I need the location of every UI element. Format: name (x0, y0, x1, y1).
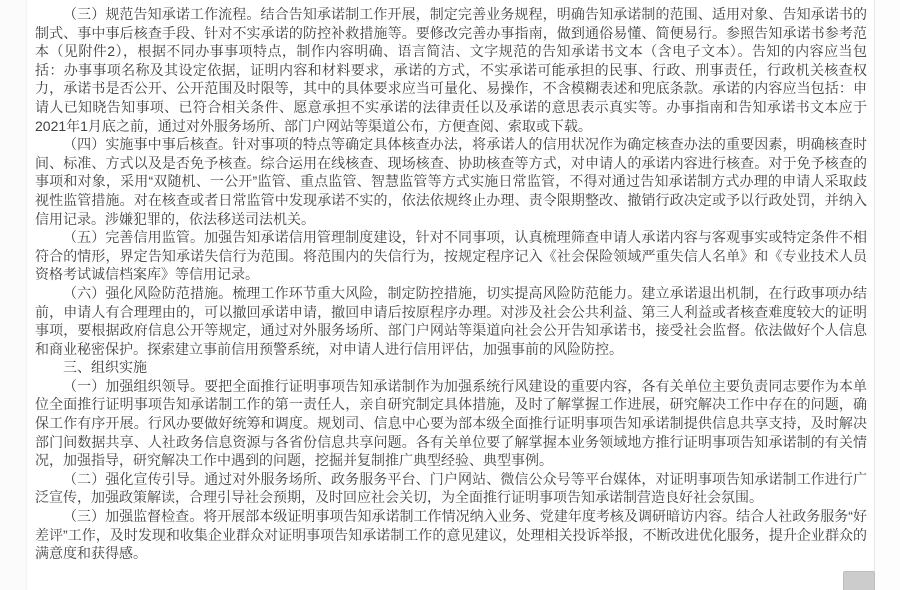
document-content: （三）规范告知承诺工作流程。结合告知承诺制工作开展，制定完善业务规程，明确告知承… (35, 5, 867, 563)
paragraph-publicity-guidance: （二）强化宣传引导。通过对外服务场所、政务服务平台、门户网站、微信公众号等平台媒… (35, 470, 867, 507)
heading-organization-implementation: 三、组织实施 (35, 358, 867, 377)
paragraph-standardize-workflow: （三）规范告知承诺工作流程。结合告知承诺制工作开展，制定完善业务规程，明确告知承… (35, 5, 867, 135)
paragraph-supervision-inspection: （三）加强监督检查。将开展部本级证明事项告知承诺制工作情况纳入业务、党建年度考核… (35, 507, 867, 563)
scroll-widget[interactable] (843, 571, 875, 590)
paragraph-risk-prevention: （六）强化风险防范措施。梳理工作环节重大风险，制定防控措施，切实提高风险防范能力… (35, 284, 867, 358)
page-left-margin (0, 0, 27, 590)
paragraph-in-process-verification: （四）实施事中事后核查。针对事项的特点等确定具体核查办法，将承诺人的信用状况作为… (35, 135, 867, 228)
page-right-gutter (874, 0, 900, 590)
paragraph-organizational-leadership: （一）加强组织领导。要把全面推行证明事项告知承诺制作为加强系统行风建设的重要内容… (35, 377, 867, 470)
paragraph-credit-supervision: （五）完善信用监管。加强告知承诺信用管理制度建设，针对不同事项，认真梳理筛查申请… (35, 228, 867, 284)
